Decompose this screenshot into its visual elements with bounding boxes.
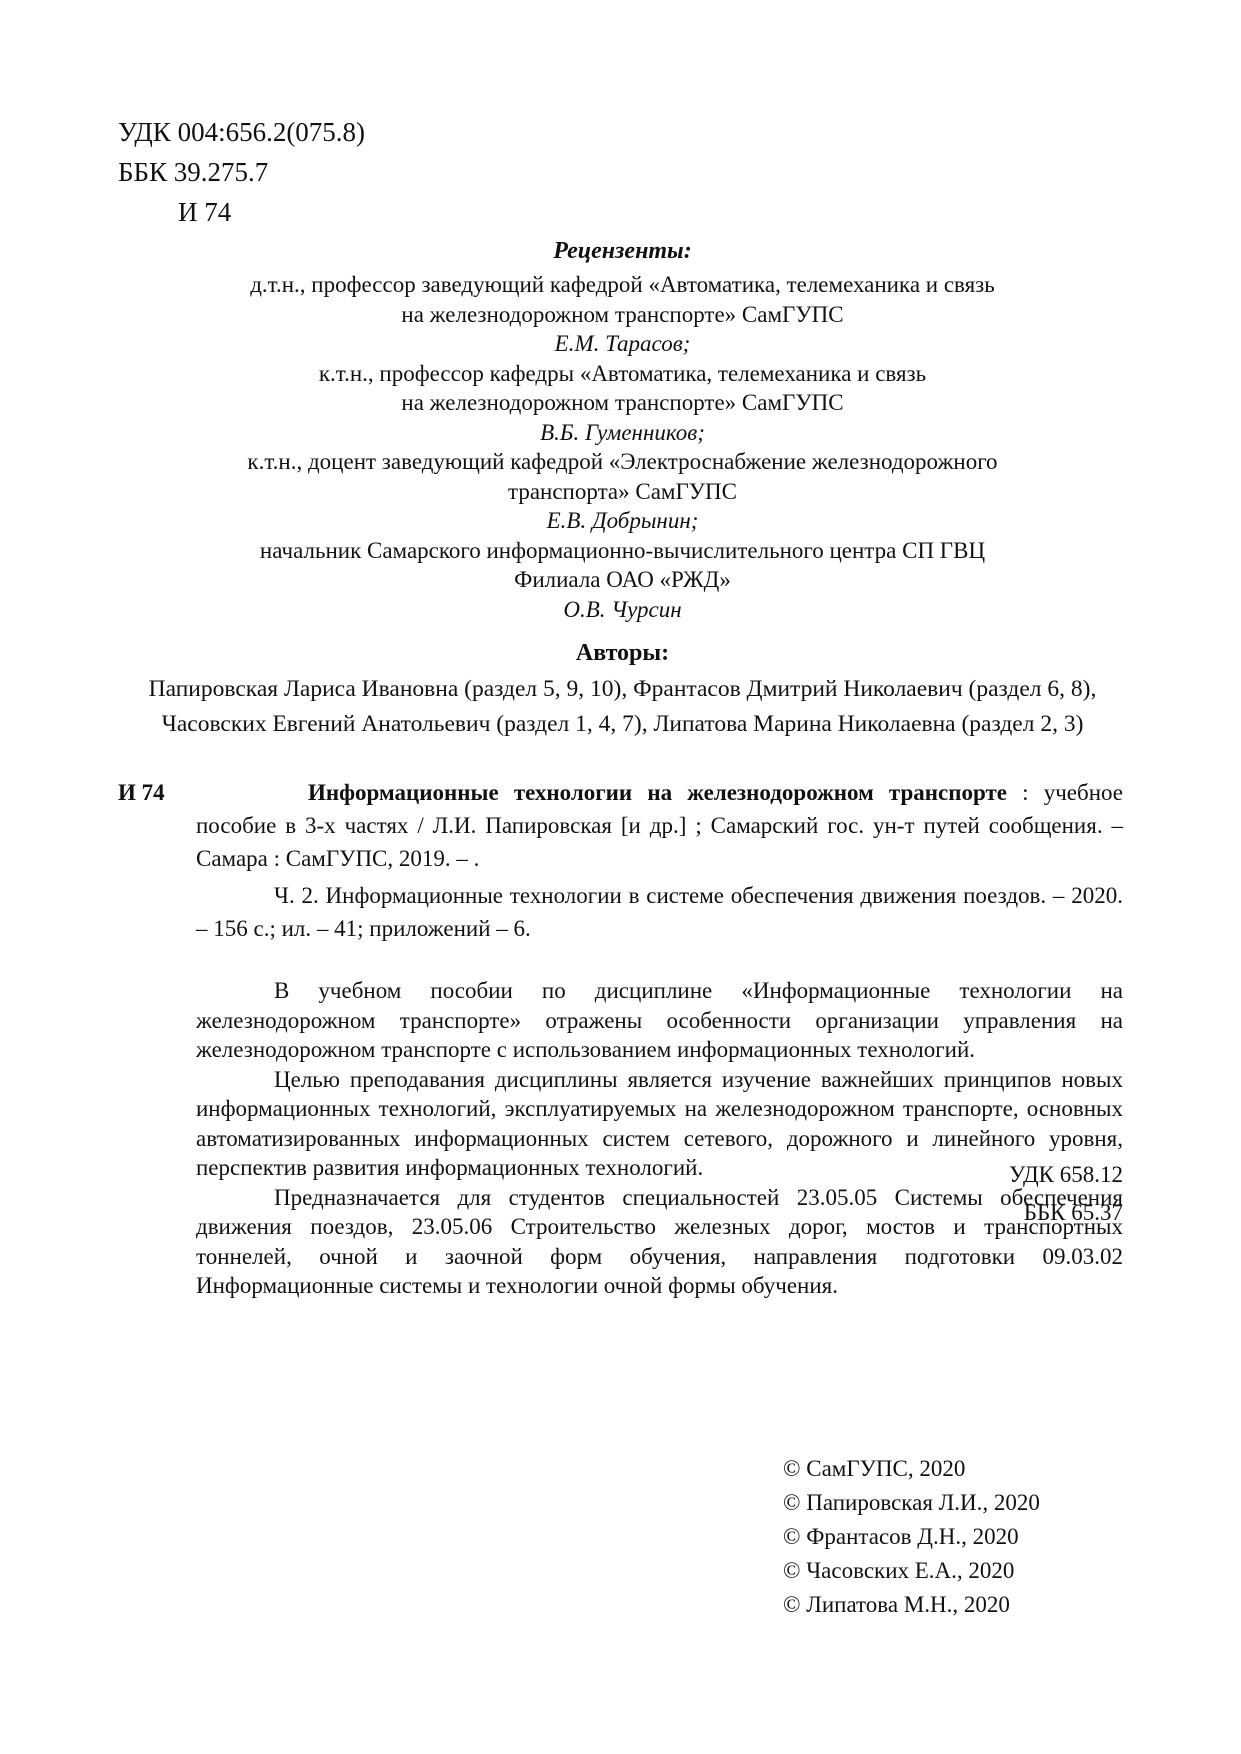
reviewers-heading: Рецензенты: (120, 238, 1125, 265)
copyright-line: © Франтасов Д.Н., 2020 (783, 1520, 1040, 1554)
bib-title: Информационные технологии на железнодоро… (308, 780, 1007, 805)
reviewer-affiliation: на железнодорожном транспорте» СамГУПС (120, 388, 1125, 418)
copyright-line: © Часовских Е.А., 2020 (783, 1554, 1040, 1588)
udk-classification: УДК 658.12 (1009, 1156, 1123, 1194)
copyright-block: © СамГУПС, 2020 © Папировская Л.И., 2020… (783, 1452, 1040, 1622)
reviewer-name: Е.М. Тарасов; (120, 329, 1125, 359)
authors-line: Часовских Евгений Анатольевич (раздел 1,… (120, 707, 1125, 742)
udk-code: УДК 004:656.2(075.8) (118, 112, 365, 152)
bbk-classification: ББК 65.37 (1009, 1194, 1123, 1232)
reviewer-affiliation: д.т.н., профессор заведующий кафедрой «А… (120, 270, 1125, 300)
reviewer-name: В.Б. Гуменников; (120, 418, 1125, 448)
annotation-paragraph: Целью преподавания дисциплины является и… (196, 1065, 1123, 1183)
copyright-line: © Папировская Л.И., 2020 (783, 1486, 1040, 1520)
annotation-paragraph: Предназначается для студентов специально… (196, 1183, 1123, 1301)
reviewer-name: О.В. Чурсин (120, 595, 1125, 625)
authors-list: Папировская Лариса Ивановна (раздел 5, 9… (120, 672, 1125, 742)
copyright-line: © СамГУПС, 2020 (783, 1452, 1040, 1486)
annotation: В учебном пособии по дисциплине «Информа… (196, 976, 1123, 1301)
reviewer-affiliation: начальник Самарского информационно-вычис… (120, 536, 1125, 566)
classification-codes: УДК 658.12 ББК 65.37 (1009, 1156, 1123, 1232)
bib-entry: Информационные технологии на железнодоро… (196, 776, 1123, 875)
bib-code: И 74 (118, 776, 165, 809)
reviewer-affiliation: Филиала ОАО «РЖД» (120, 565, 1125, 595)
authors-heading: Авторы: (120, 640, 1125, 667)
reviewer-affiliation: к.т.н., доцент заведующий кафедрой «Элек… (120, 447, 1125, 477)
reviewer-affiliation: на железнодорожном транспорте» СамГУПС (120, 300, 1125, 330)
author-mark: И 74 (118, 192, 365, 232)
reviewer-affiliation: транспорта» СамГУПС (120, 477, 1125, 507)
authors-line: Папировская Лариса Ивановна (раздел 5, 9… (120, 672, 1125, 707)
annotation-paragraph: В учебном пособии по дисциплине «Информа… (196, 976, 1123, 1065)
reviewer-affiliation: к.т.н., профессор кафедры «Автоматика, т… (120, 359, 1125, 389)
bbk-code: ББК 39.275.7 (118, 152, 365, 192)
bibliographic-record: И 74 Информационные технологии на железн… (118, 776, 1123, 945)
header-codes: УДК 004:656.2(075.8) ББК 39.275.7 И 74 (118, 112, 365, 232)
bib-part: Ч. 2. Информационные технологии в систем… (196, 879, 1123, 945)
reviewers-list: д.т.н., профессор заведующий кафедрой «А… (120, 270, 1125, 624)
reviewer-name: Е.В. Добрынин; (120, 506, 1125, 536)
copyright-line: © Липатова М.Н., 2020 (783, 1588, 1040, 1622)
